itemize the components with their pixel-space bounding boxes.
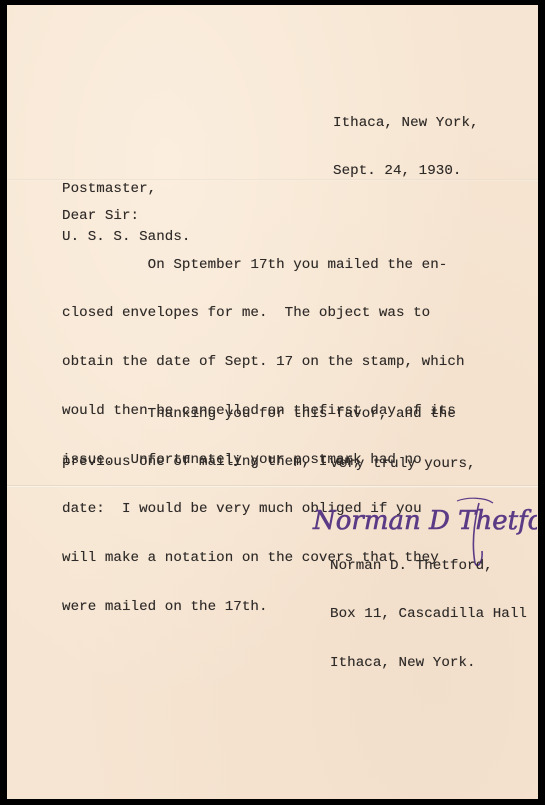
recipient-line-1: Postmaster, [62, 181, 190, 197]
body-line: On Sptember 17th you mailed the en- [62, 257, 465, 273]
signer-address-1: Box 11, Cascadilla Hall [330, 606, 527, 622]
body-line: closed envelopes for me. The object was … [62, 305, 465, 321]
heading-city: Ithaca, New York, [333, 115, 479, 131]
signature-block: Norman D. Thetford, Box 11, Cascadilla H… [330, 525, 527, 704]
letter-heading: Ithaca, New York, Sept. 24, 1930. [333, 82, 479, 212]
closing-line: Thanking you for this favor, and the [62, 406, 456, 422]
heading-date: Sept. 24, 1930. [333, 163, 479, 179]
letter-page: Ithaca, New York, Sept. 24, 1930. Postma… [7, 5, 538, 799]
body-line: obtain the date of Sept. 17 on the stamp… [62, 354, 465, 370]
closing-paragraph: Thanking you for this favor, and the pre… [62, 373, 456, 503]
signer-address-2: Ithaca, New York. [330, 655, 527, 671]
salutation: Dear Sir: [62, 208, 139, 224]
valediction: Very truly yours, [330, 456, 476, 472]
signer-name: Norman D. Thetford, [330, 558, 527, 574]
